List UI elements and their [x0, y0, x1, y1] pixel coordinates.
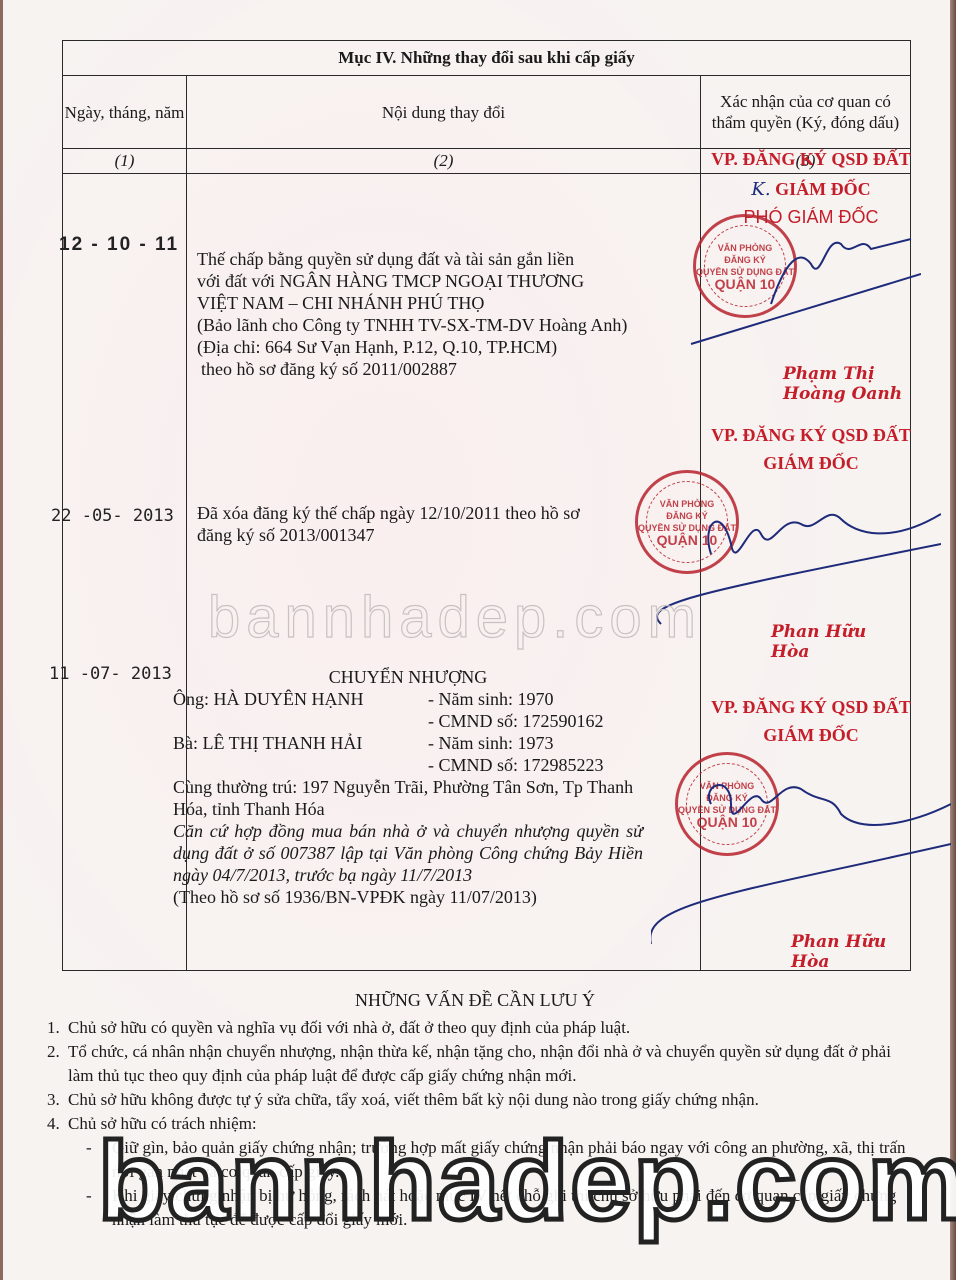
- dossier-ref: (Theo hồ sơ số 1936/BN-VPĐK ngày 11/07/2…: [173, 886, 643, 908]
- header-confirm: Xác nhận của cơ quan có thẩm quyền (Ký, …: [701, 76, 911, 149]
- person-birth: - Năm sinh: 1973: [428, 732, 554, 754]
- entry-date: 11 -07- 2013: [49, 664, 172, 684]
- entry-line: (Bảo lãnh cho Công ty TNHH TV-SX-TM-DV H…: [197, 314, 627, 336]
- note-item: Tổ chức, cá nhân nhận chuyển nhượng, nhậ…: [64, 1040, 910, 1088]
- authority-title-text: GIÁM ĐỐC: [775, 179, 871, 199]
- watermark: bannhadep.com: [98, 1118, 956, 1245]
- entry-date: 12 - 10 - 11: [59, 234, 179, 256]
- signature-icon: [621, 214, 921, 354]
- transfer-heading: CHUYỂN NHƯỢNG: [173, 666, 643, 688]
- authority-prefix: K.: [751, 179, 770, 200]
- signer-name: Phan Hữu Hòa: [791, 932, 910, 972]
- person-row: - CMND số: 172590162: [173, 710, 643, 732]
- legal-basis: Căn cứ hợp đồng mua bán nhà ở và chuyển …: [173, 820, 643, 886]
- person-birth: - Năm sinh: 1970: [428, 688, 554, 710]
- authority-office: VP. ĐĂNG KÝ QSD ĐẤT: [691, 694, 931, 720]
- entry-line: Đã xóa đăng ký thế chấp ngày 12/10/2011 …: [197, 502, 580, 524]
- entry-line: theo hồ sơ đăng ký số 2011/002887: [197, 358, 627, 380]
- entry-line: với đất với NGÂN HÀNG TMCP NGOẠI THƯƠNG: [197, 270, 627, 292]
- entry-line: Thế chấp bằng quyền sử dụng đất và tài s…: [197, 248, 627, 270]
- entry-line: VIỆT NAM – CHI NHÁNH PHÚ THỌ: [197, 292, 627, 314]
- entry-line: (Địa chỉ: 664 Sư Vạn Hạnh, P.12, Q.10, T…: [197, 336, 627, 358]
- header-date: Ngày, tháng, năm: [63, 76, 187, 149]
- notes-title: NHỮNG VẤN ĐỀ CẦN LƯU Ý: [40, 988, 910, 1012]
- signature-icon: [651, 744, 951, 944]
- entry-transfer: CHUYỂN NHƯỢNG Ông: HÀ DUYÊN HẠNH - Năm s…: [173, 666, 643, 908]
- person-id: - CMND số: 172590162: [428, 710, 604, 732]
- section-title: Mục IV. Những thay đổi sau khi cấp giấy: [63, 41, 911, 76]
- residence: Cùng thường trú: 197 Nguyễn Trãi, Phường…: [173, 776, 643, 820]
- page-edge-right: [950, 0, 956, 1280]
- note-item: Chủ sở hữu không được tự ý sửa chữa, tẩy…: [64, 1088, 910, 1112]
- col-number-1: (1): [63, 149, 187, 174]
- entry-mortgage: Thế chấp bằng quyền sử dụng đất và tài s…: [197, 248, 627, 380]
- authority-office: VP. ĐĂNG KÝ QSD ĐẤT: [691, 146, 931, 172]
- signer-name: Phạm Thị Hoàng Oanh: [783, 364, 910, 404]
- entry-line: đăng ký số 2013/001347: [197, 524, 580, 546]
- entry-mortgage-release: Đã xóa đăng ký thế chấp ngày 12/10/2011 …: [197, 502, 580, 546]
- person-row: Ông: HÀ DUYÊN HẠNH - Năm sinh: 1970: [173, 688, 643, 710]
- page-edge-left: [0, 0, 3, 1280]
- confirm-column: VP. ĐĂNG KÝ QSD ĐẤT K. GIÁM ĐỐC PHÓ GIÁM…: [701, 174, 911, 971]
- authority-office: VP. ĐĂNG KÝ QSD ĐẤT: [691, 422, 931, 448]
- changes-table: Mục IV. Những thay đổi sau khi cấp giấy …: [62, 40, 911, 971]
- authority-title: K. GIÁM ĐỐC: [691, 176, 931, 203]
- note-item: Chủ sở hữu có quyền và nghĩa vụ đối với …: [64, 1016, 910, 1040]
- watermark: bannhadep.com: [208, 584, 702, 651]
- dates-column: 12 - 10 - 11 22 -05- 2013 11 -07- 2013: [63, 174, 187, 971]
- person-name: Ông: HÀ DUYÊN HẠNH: [173, 688, 428, 710]
- header-content: Nội dung thay đổi: [187, 76, 701, 149]
- col-number-2: (2): [187, 149, 701, 174]
- signer-name: Phan Hữu Hòa: [771, 622, 910, 662]
- entry-date: 22 -05- 2013: [51, 506, 174, 526]
- person-id: - CMND số: 172985223: [428, 754, 604, 776]
- person-row: Bà: LÊ THỊ THANH HẢI - Năm sinh: 1973: [173, 732, 643, 754]
- person-row: - CMND số: 172985223: [173, 754, 643, 776]
- person-name: Bà: LÊ THỊ THANH HẢI: [173, 732, 428, 754]
- authority-title: GIÁM ĐỐC: [691, 450, 931, 476]
